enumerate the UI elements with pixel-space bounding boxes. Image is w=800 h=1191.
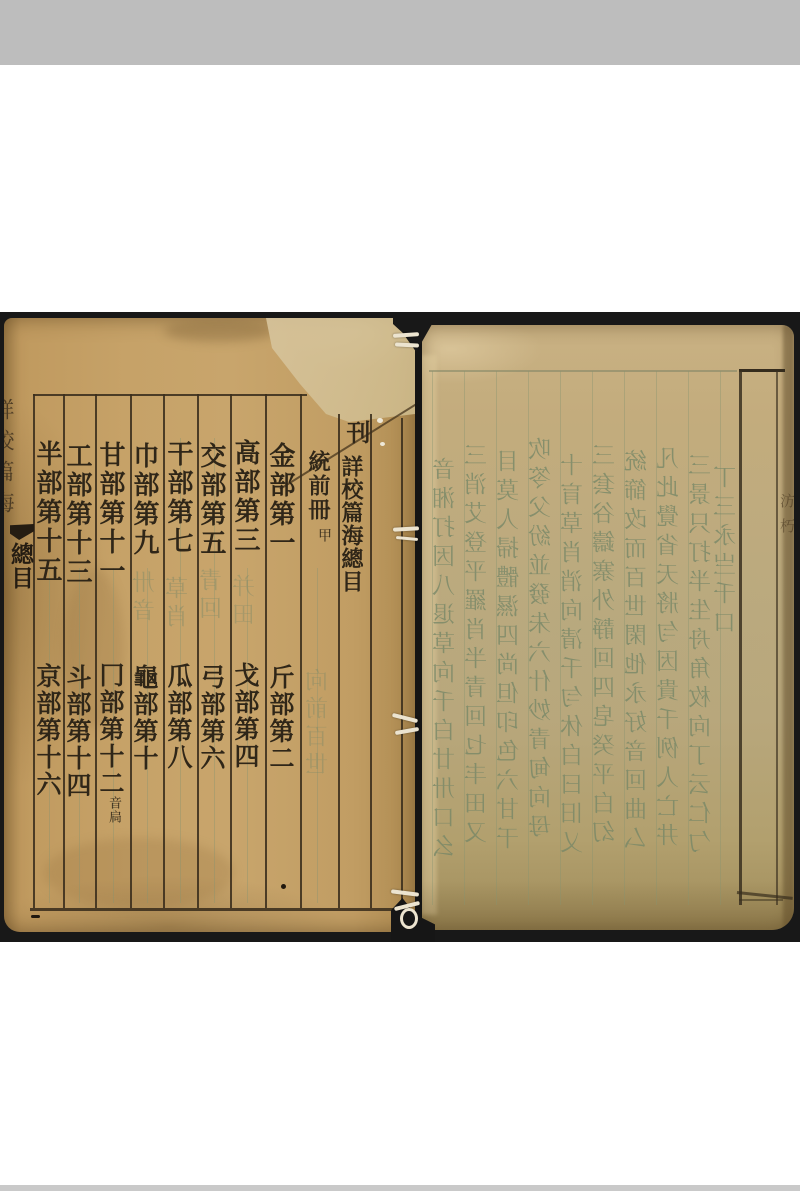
- toc-entry-upper: 巾部第九: [131, 442, 157, 558]
- bleed-column: 三套谷鑄寨外靜回四皂癸平白幻: [594, 443, 617, 849]
- scanned-book-page: 詳校篇海 總目 刊 詳校篇海總目 統前冊 甲 金部第一 高部第三 交部第五 干部…: [0, 0, 800, 1191]
- toc-entry-lower: 戈部第四: [232, 662, 257, 770]
- title-top-char: 刊: [343, 420, 367, 444]
- toc-entry-upper: 半部第十五: [34, 440, 60, 585]
- volume-mark: 甲: [316, 528, 330, 542]
- frame-vertical-inner: [739, 371, 742, 905]
- toc-entry-upper: 甘部第十一: [97, 441, 123, 586]
- bleed-trace: 青回: [201, 568, 224, 624]
- bleed-column: 丅三永亗千口: [715, 465, 738, 639]
- spine-fishtail-label: 總目: [9, 542, 32, 590]
- toc-entry-upper: 金部第一: [267, 442, 293, 558]
- toc-entry-lower: 京部第十六: [34, 663, 59, 798]
- toc-entry-upper: 干部第七: [165, 440, 191, 556]
- bleed-column: 目莫人掃體濕四尚但印色六甘干: [498, 449, 521, 855]
- bleed-column: 三消艾登平羅肖半青回乜丰田又: [466, 443, 489, 849]
- toc-entry-lower: 龜部第十: [131, 664, 156, 772]
- spine-gap: [415, 312, 422, 942]
- title-column: 詳校篇海總目: [340, 455, 362, 593]
- paper-speck: [377, 418, 383, 423]
- bleed-column: 三景只打半生舟角枚向丁云仁勹: [690, 453, 713, 859]
- toc-entry-lower: 斗部第十四: [64, 664, 89, 799]
- bleed-column: 十肓草肖消向凊千勻休白曰旧乂: [562, 453, 585, 859]
- paper-speck: [380, 442, 385, 446]
- volume-column: 統前冊: [307, 450, 329, 522]
- toc-entry-upper: 高部第三: [232, 439, 258, 555]
- bleed-top-rule: [429, 370, 737, 372]
- bleed-column: 凡此覺省天將勻因貴千例人亡井: [658, 446, 681, 852]
- bleed-trace: 并田: [234, 574, 257, 630]
- frame-vertical-outer: [776, 371, 778, 905]
- bottom-gray-bar: [0, 1185, 800, 1191]
- bleed-column: 音湘打因八退草向千白廿卅口幺: [434, 457, 457, 863]
- bleed-column: 統篩改而百世閑他永好音回曲厶: [626, 449, 649, 855]
- toc-entry-lower: 斤部第二: [267, 664, 292, 772]
- bleed-column: 吹笭父紛並發朱六什妙青甸向母: [530, 437, 553, 843]
- bleed-trace: 向前百世: [307, 668, 330, 780]
- bottom-white-margin: [0, 942, 800, 1185]
- bleed-trace: 卅音: [134, 570, 157, 626]
- edge-smudge: 汸朽: [778, 493, 793, 543]
- right-page: 汸朽 音湘打因八退草向千白廿卅口幺 三消艾登平羅肖半青回乜丰田又 目莫人掃體濕四…: [421, 325, 794, 930]
- column-rule: [370, 414, 372, 908]
- ink-dot: [281, 884, 286, 889]
- toc-entry-lower: 冂部第十二: [97, 662, 122, 797]
- left-page: 詳校篇海 總目 刊 詳校篇海總目 統前冊 甲 金部第一 高部第三 交部第五 干部…: [4, 318, 415, 932]
- fishtail-icon: [10, 524, 34, 540]
- toc-entry-upper: 工部第十三: [64, 442, 90, 587]
- bleed-trace: 草肖: [167, 576, 190, 632]
- frame-right-border: [401, 418, 403, 908]
- toc-entry-lower: 瓜部第八: [165, 663, 190, 771]
- binding-thread-loop: [400, 908, 418, 929]
- frame-corner-horizontal: [739, 369, 785, 372]
- frame-bottom-line: [739, 899, 783, 901]
- edge-shading: [783, 325, 794, 930]
- toc-entry-lower: 弓部第六: [198, 664, 223, 772]
- top-white-margin: [0, 65, 800, 312]
- ink-dot: [31, 915, 40, 918]
- column-rule: [300, 394, 302, 908]
- paper-stain: [164, 320, 274, 342]
- paper-stain: [44, 838, 234, 908]
- top-gray-bar: [0, 0, 800, 65]
- spine-edge-title-partial: 詳校篇海: [4, 398, 13, 522]
- frame-bottom-border: [30, 908, 402, 911]
- pronunciation-note: 音扃: [108, 796, 121, 824]
- toc-entry-upper: 交部第五: [198, 442, 224, 558]
- book-photo: 詳校篇海 總目 刊 詳校篇海總目 統前冊 甲 金部第一 高部第三 交部第五 干部…: [0, 312, 800, 942]
